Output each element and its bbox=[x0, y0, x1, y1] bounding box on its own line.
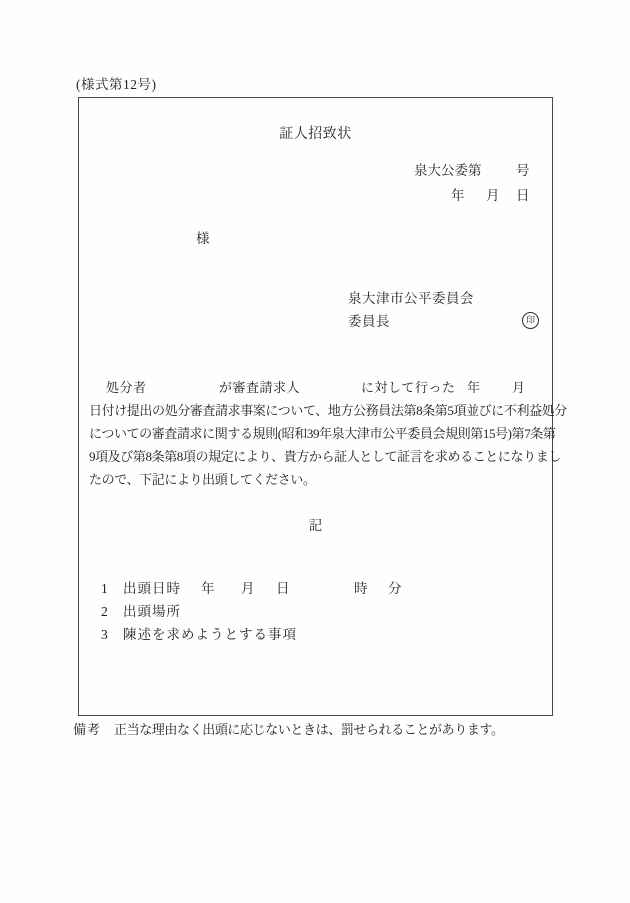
doc-number-suffix: 号 bbox=[516, 164, 530, 178]
body-year-label: 年 bbox=[467, 381, 481, 394]
item-label: 出頭場所 bbox=[123, 605, 181, 619]
remarks-text: 正当な理由なく出頭に応じないときは、罰せられることがあります。 bbox=[114, 722, 504, 737]
date-year-label: 年 bbox=[451, 189, 465, 203]
body-line-2: 日付け提出の処分審査請求事案について、地方公務員法第8条第5項並びに不利益処分 bbox=[89, 404, 546, 417]
date-month-label: 月 bbox=[486, 189, 500, 203]
form-number-label: (様式第12号) bbox=[76, 78, 157, 92]
body-line-4: 9項及び第8条第8項の規定により、貴方から証人として証言を求めることになりまし bbox=[89, 450, 546, 463]
issuer-position: 委員長 bbox=[348, 315, 390, 329]
body-month-label: 月 bbox=[512, 381, 526, 394]
document-border-box: 証人招致状 泉大公委第 号 年 月 日 様 泉大津市公平委員会 委員長 印 処分… bbox=[78, 97, 553, 716]
item-month-label: 月 bbox=[241, 582, 256, 596]
remarks-line: 備考正当な理由なく出頭に応じないときは、罰せられることがあります。 bbox=[73, 723, 504, 736]
seal-mark-icon: 印 bbox=[522, 312, 539, 329]
record-heading: 記 bbox=[79, 519, 552, 533]
body-disposer-label: 処分者 bbox=[106, 381, 147, 394]
item-number: 3 bbox=[101, 628, 109, 642]
addressee-honorific: 様 bbox=[196, 232, 210, 246]
body-line-3: についての審査請求に関する規則(昭和39年泉大津市公平委員会規則第15号)第7条… bbox=[89, 427, 546, 440]
item-minute-label: 分 bbox=[388, 582, 403, 596]
item-number: 2 bbox=[101, 605, 109, 619]
document-title: 証人招致状 bbox=[79, 128, 552, 142]
remarks-label: 備考 bbox=[73, 722, 101, 737]
item-number: 1 bbox=[101, 582, 109, 596]
item-year-label: 年 bbox=[201, 582, 216, 596]
item-label: 陳述を求めようとする事項 bbox=[123, 628, 297, 642]
item-label: 出頭日時 bbox=[123, 582, 181, 596]
document-page: (様式第12号) 証人招致状 泉大公委第 号 年 月 日 様 泉大津市公平委員会… bbox=[0, 0, 630, 903]
body-action-label: に対して行った bbox=[361, 381, 456, 394]
issuer-organization: 泉大津市公平委員会 bbox=[348, 292, 474, 306]
date-day-label: 日 bbox=[516, 189, 530, 203]
body-claimant-label: が審査請求人 bbox=[219, 381, 300, 394]
item-hour-label: 時 bbox=[354, 582, 369, 596]
item-day-label: 日 bbox=[276, 582, 291, 596]
body-line-5: たので、下記により出頭してください。 bbox=[89, 473, 546, 486]
doc-number-prefix: 泉大公委第 bbox=[414, 164, 482, 178]
